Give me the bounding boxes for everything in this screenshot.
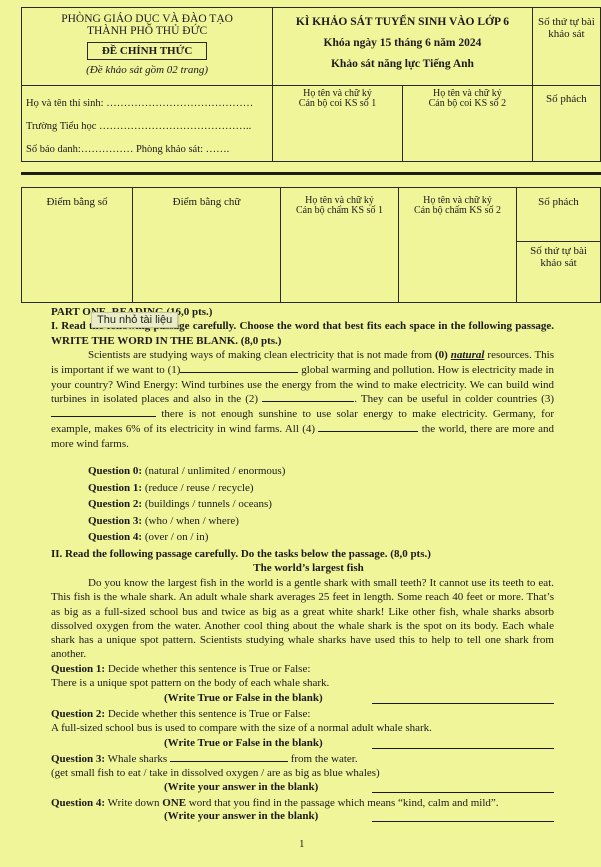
task-4-answer-line[interactable] bbox=[372, 821, 554, 822]
candidate-info-cell: Họ và tên thí sinh: …………………………………… Trườn… bbox=[22, 86, 273, 162]
task-2: Question 2: Decide whether this sentence… bbox=[51, 707, 554, 735]
grading-code-label: Số phách bbox=[517, 196, 600, 208]
score-words-cell: Điểm bằng chữ bbox=[133, 188, 281, 303]
code-cell: Số phách bbox=[532, 86, 600, 162]
passage2-title: The world’s largest fish bbox=[0, 562, 601, 574]
blank-2[interactable] bbox=[262, 392, 354, 402]
pages-note: (Đề khảo sát gồm 02 trang) bbox=[22, 64, 272, 76]
grading-serial-1: Số thứ tự bài bbox=[517, 245, 600, 257]
candidate-number-field[interactable]: Số báo danh:…………… Phòng khảo sát: ……. bbox=[26, 138, 268, 161]
task-3-blank[interactable] bbox=[170, 752, 288, 762]
score-numeric-cell: Điểm bằng số bbox=[22, 188, 133, 303]
task-3: Question 3: Whale sharks from the water.… bbox=[51, 752, 554, 780]
example-number: (0) bbox=[435, 349, 448, 361]
question-0: Question 0: (natural / unlimited / enorm… bbox=[88, 464, 285, 478]
blank-4[interactable] bbox=[318, 422, 418, 432]
candidate-name-field[interactable]: Họ và tên thí sinh: …………………………………… bbox=[26, 92, 268, 115]
grading-code-cell: Số phách bbox=[517, 188, 601, 242]
task-1-instruction: (Write True or False in the blank) bbox=[164, 692, 323, 704]
serial-label-2: khảo sát bbox=[533, 28, 600, 40]
passage1-text: . They can be useful in colder countries… bbox=[354, 393, 554, 405]
department-cell: PHÒNG GIÁO DỤC VÀ ĐÀO TẠO THÀNH PHỐ THỦ … bbox=[22, 8, 273, 86]
zoom-out-tooltip: Thu nhỏ tài liệu bbox=[91, 312, 178, 328]
department-line2: THÀNH PHỐ THỦ ĐỨC bbox=[22, 25, 272, 37]
blank-3[interactable] bbox=[51, 407, 156, 417]
section2-heading: II. Read the following passage carefully… bbox=[51, 547, 554, 562]
department-line1: PHÒNG GIÁO DỤC VÀ ĐÀO TẠO bbox=[22, 8, 272, 25]
page-number: 1 bbox=[299, 838, 305, 850]
proctor2-cell: Họ tên và chữ ký Cán bộ coi KS số 2 bbox=[402, 86, 532, 162]
question-1: Question 1: (reduce / reuse / recycle) bbox=[88, 481, 254, 495]
passage1: Scientists are studying ways of making c… bbox=[51, 348, 554, 452]
score-words-label: Điểm bằng chữ bbox=[133, 196, 280, 208]
score-numeric-label: Điểm bằng số bbox=[22, 196, 132, 208]
grader2-line2: Cán bộ chấm KS số 2 bbox=[399, 206, 516, 216]
exam-subject: Khảo sát năng lực Tiếng Anh bbox=[273, 54, 532, 75]
proctor2-line2: Cán bộ coi KS số 2 bbox=[403, 99, 532, 109]
grader1-cell: Họ tên và chữ ký Cán bộ chấm KS số 1 bbox=[281, 188, 399, 303]
grading-serial-2: khảo sát bbox=[517, 257, 600, 269]
exam-date: Khóa ngày 15 tháng 6 năm 2024 bbox=[273, 33, 532, 54]
task-4: Question 4: Write down ONE word that you… bbox=[51, 796, 554, 810]
grader2-cell: Họ tên và chữ ký Cán bộ chấm KS số 2 bbox=[399, 188, 517, 303]
blank-1[interactable] bbox=[180, 363, 298, 373]
serial-label-1: Số thứ tự bài bbox=[533, 16, 600, 28]
passage1-text: Scientists are studying ways of making c… bbox=[88, 349, 432, 361]
example-word: natural bbox=[451, 349, 485, 361]
task-3-answer-line[interactable] bbox=[372, 792, 554, 793]
grader1-line2: Cán bộ chấm KS số 1 bbox=[281, 206, 398, 216]
header-table: PHÒNG GIÁO DỤC VÀ ĐÀO TẠO THÀNH PHỐ THỦ … bbox=[21, 7, 601, 162]
question-3: Question 3: (who / when / where) bbox=[88, 514, 239, 528]
proctor1-line2: Cán bộ coi KS số 1 bbox=[273, 99, 402, 109]
passage2: Do you know the largest fish in the worl… bbox=[51, 576, 554, 662]
serial-cell: Số thứ tự bài khảo sát bbox=[532, 8, 600, 86]
grading-serial-cell: Số thứ tự bài khảo sát bbox=[517, 242, 601, 303]
separator-line bbox=[21, 172, 601, 175]
proctor1-cell: Họ tên và chữ ký Cán bộ coi KS số 1 bbox=[273, 86, 403, 162]
official-label: ĐỀ CHÍNH THỨC bbox=[87, 42, 207, 60]
grading-table: Điểm bằng số Điểm bằng chữ Họ tên và chữ… bbox=[21, 187, 601, 303]
exam-title: KÌ KHẢO SÁT TUYỂN SINH VÀO LỚP 6 bbox=[273, 8, 532, 33]
question-2: Question 2: (buildings / tunnels / ocean… bbox=[88, 497, 272, 511]
task-2-instruction: (Write True or False in the blank) bbox=[164, 737, 323, 749]
exam-title-cell: KÌ KHẢO SÁT TUYỂN SINH VÀO LỚP 6 Khóa ng… bbox=[273, 8, 533, 86]
task-4-instruction: (Write your answer in the blank) bbox=[164, 810, 318, 822]
task-1: Question 1: Decide whether this sentence… bbox=[51, 662, 554, 690]
task-3-instruction: (Write your answer in the blank) bbox=[164, 781, 318, 793]
code-label: Số phách bbox=[533, 93, 600, 105]
task-2-answer-line[interactable] bbox=[372, 748, 554, 749]
question-4: Question 4: (over / on / in) bbox=[88, 530, 208, 544]
task-1-answer-line[interactable] bbox=[372, 703, 554, 704]
school-field[interactable]: Trường Tiểu học …………………………………….. bbox=[26, 115, 268, 138]
